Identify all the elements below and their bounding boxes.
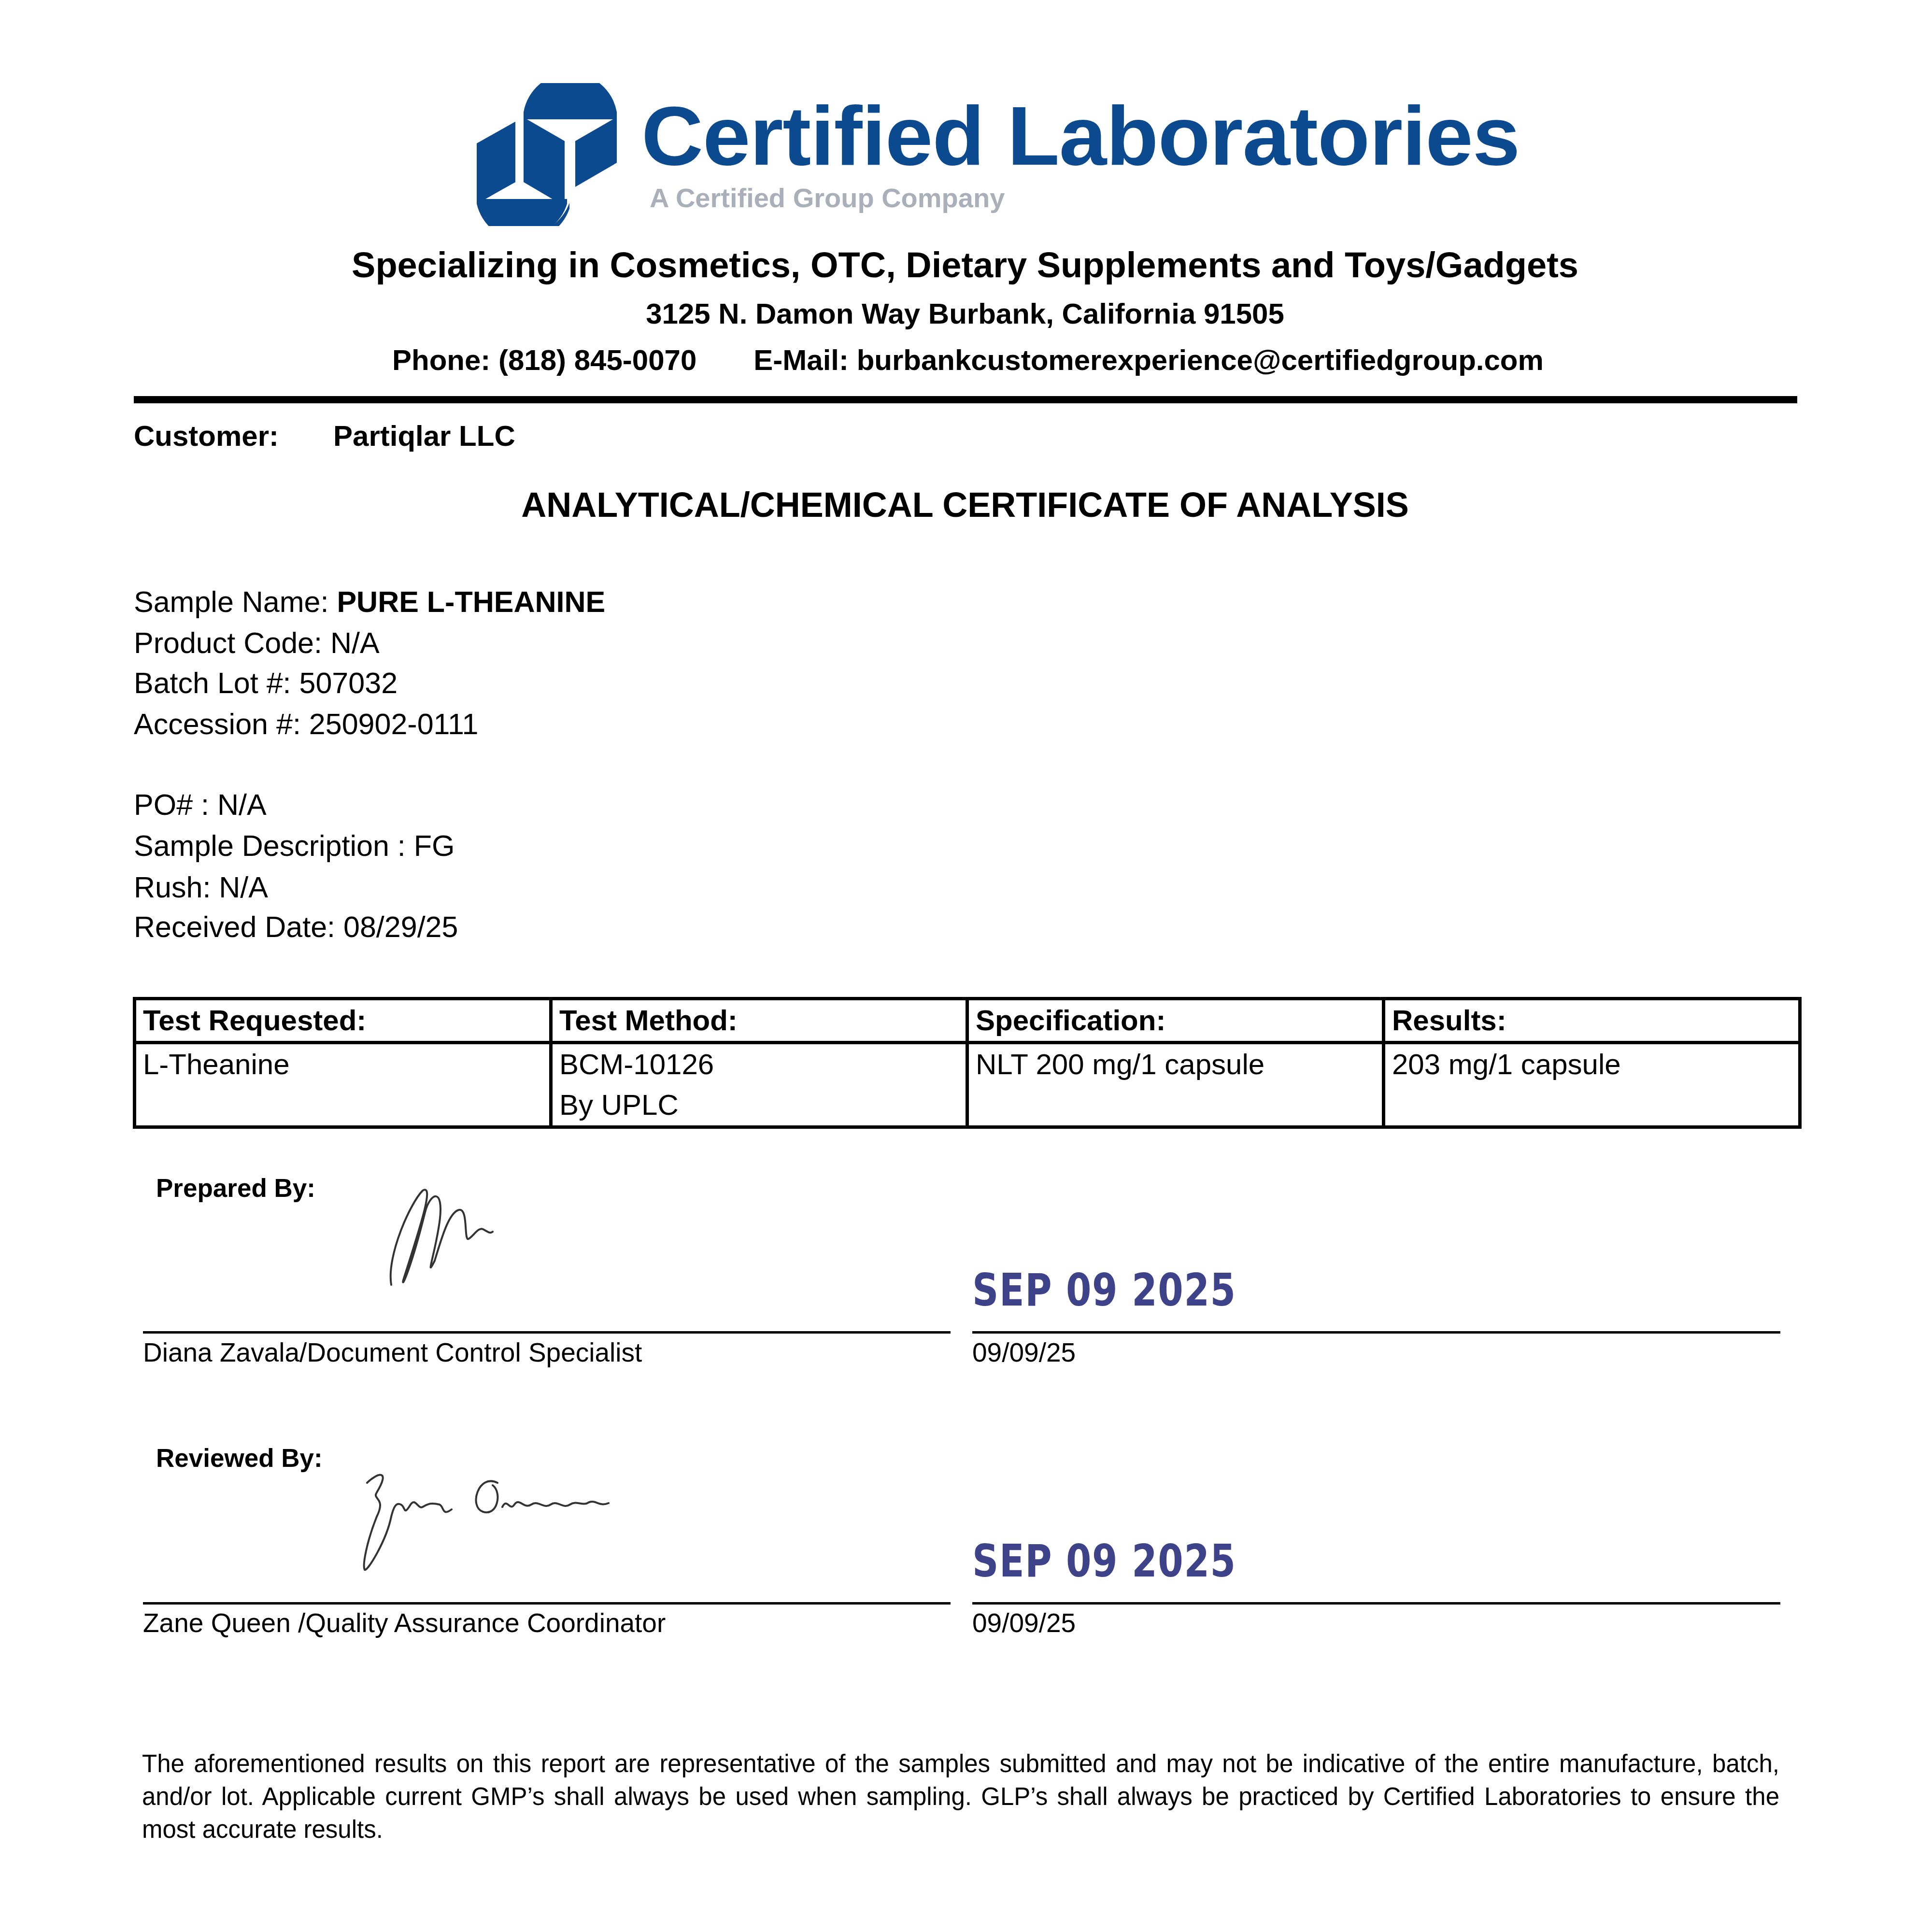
field-label: Sample Name: bbox=[134, 585, 337, 618]
product-code-field: Product Code: N/A bbox=[134, 628, 380, 658]
field-value: N/A bbox=[330, 626, 380, 659]
prepared-by-signature-line bbox=[143, 1331, 951, 1334]
cell-specification: NLT 200 mg/1 capsule bbox=[967, 1043, 1384, 1127]
prepared-by-date-line bbox=[972, 1331, 1780, 1334]
field-value: 507032 bbox=[299, 667, 398, 699]
field-value: N/A bbox=[217, 788, 267, 821]
reviewed-by-signature-line bbox=[143, 1602, 951, 1605]
field-label: Product Code: bbox=[134, 626, 330, 659]
customer-label: Customer: bbox=[134, 420, 279, 452]
prepared-by-date: 09/09/25 bbox=[972, 1339, 1076, 1366]
lab-phone: Phone: (818) 845-0070 bbox=[392, 344, 696, 376]
batch-lot-field: Batch Lot #: 507032 bbox=[134, 668, 398, 698]
table-header-row: Test Requested: Test Method: Specificati… bbox=[135, 999, 1800, 1043]
field-value: PURE L-THEANINE bbox=[337, 585, 605, 618]
prepared-by-label: Prepared By: bbox=[156, 1176, 315, 1201]
po-field: PO# : N/A bbox=[134, 790, 267, 820]
rush-field: Rush: N/A bbox=[134, 873, 268, 902]
column-header-results: Results: bbox=[1384, 999, 1800, 1043]
cell-test-method: BCM-10126 By UPLC bbox=[551, 1043, 967, 1127]
customer-row: Customer: Partiqlar LLC bbox=[134, 422, 279, 451]
field-value: FG bbox=[414, 829, 455, 862]
accession-field: Accession #: 250902-0111 bbox=[134, 710, 478, 739]
lab-contact: Phone: (818) 845-0070E-Mail: burbankcust… bbox=[392, 346, 1544, 375]
lab-address: 3125 N. Damon Way Burbank, California 91… bbox=[0, 299, 1930, 328]
lab-tagline: Specializing in Cosmetics, OTC, Dietary … bbox=[0, 247, 1930, 283]
field-value: 250902-0111 bbox=[309, 708, 479, 740]
cell-test-requested: L-Theanine bbox=[135, 1043, 551, 1127]
sample-name-field: Sample Name: PURE L-THEANINE bbox=[134, 587, 605, 617]
method-technique: By UPLC bbox=[559, 1085, 966, 1125]
field-label: Received Date: bbox=[134, 910, 343, 943]
document-title: ANALYTICAL/CHEMICAL CERTIFICATE OF ANALY… bbox=[0, 488, 1930, 523]
lab-email: E-Mail: burbankcustomerexperience@certif… bbox=[753, 344, 1544, 376]
received-date-field: Received Date: 08/29/25 bbox=[134, 912, 458, 942]
prepared-by-name: Diana Zavala/Document Control Specialist bbox=[143, 1339, 642, 1366]
column-header-specification: Specification: bbox=[967, 999, 1384, 1043]
sample-description-field: Sample Description : FG bbox=[134, 831, 455, 861]
column-header-test-requested: Test Requested: bbox=[135, 999, 551, 1043]
field-label: Sample Description : bbox=[134, 829, 414, 862]
field-label: Rush: bbox=[134, 871, 219, 904]
field-value: 08/29/25 bbox=[343, 910, 458, 943]
reviewed-by-date-line bbox=[972, 1602, 1780, 1605]
results-table: Test Requested: Test Method: Specificati… bbox=[133, 997, 1802, 1129]
field-label: Batch Lot #: bbox=[134, 667, 299, 699]
cell-result: 203 mg/1 capsule bbox=[1384, 1043, 1800, 1127]
brand-name: Certified Laboratories bbox=[641, 95, 1520, 178]
brand-subtitle: A Certified Group Company bbox=[650, 185, 1005, 212]
reviewed-by-label: Reviewed By: bbox=[156, 1446, 323, 1471]
disclaimer-text: The aforementioned results on this repor… bbox=[142, 1747, 1779, 1846]
prepared-by-date-stamp: SEP 09 2025 bbox=[972, 1268, 1236, 1313]
reviewed-by-signature-icon bbox=[357, 1463, 676, 1575]
prepared-by-signature-icon bbox=[382, 1183, 555, 1294]
field-label: PO# : bbox=[134, 788, 217, 821]
column-header-test-method: Test Method: bbox=[551, 999, 967, 1043]
reviewed-by-date-stamp: SEP 09 2025 bbox=[972, 1539, 1236, 1584]
field-value: N/A bbox=[219, 871, 268, 904]
reviewed-by-date: 09/09/25 bbox=[972, 1610, 1076, 1636]
header-divider bbox=[134, 396, 1797, 403]
method-code: BCM-10126 bbox=[559, 1044, 966, 1085]
field-label: Accession #: bbox=[134, 708, 309, 740]
table-row: L-Theanine BCM-10126 By UPLC NLT 200 mg/… bbox=[135, 1043, 1800, 1127]
certified-labs-logo-icon bbox=[472, 83, 618, 226]
customer-value: Partiqlar LLC bbox=[333, 422, 515, 451]
reviewed-by-name: Zane Queen /Quality Assurance Coordinato… bbox=[143, 1610, 666, 1636]
